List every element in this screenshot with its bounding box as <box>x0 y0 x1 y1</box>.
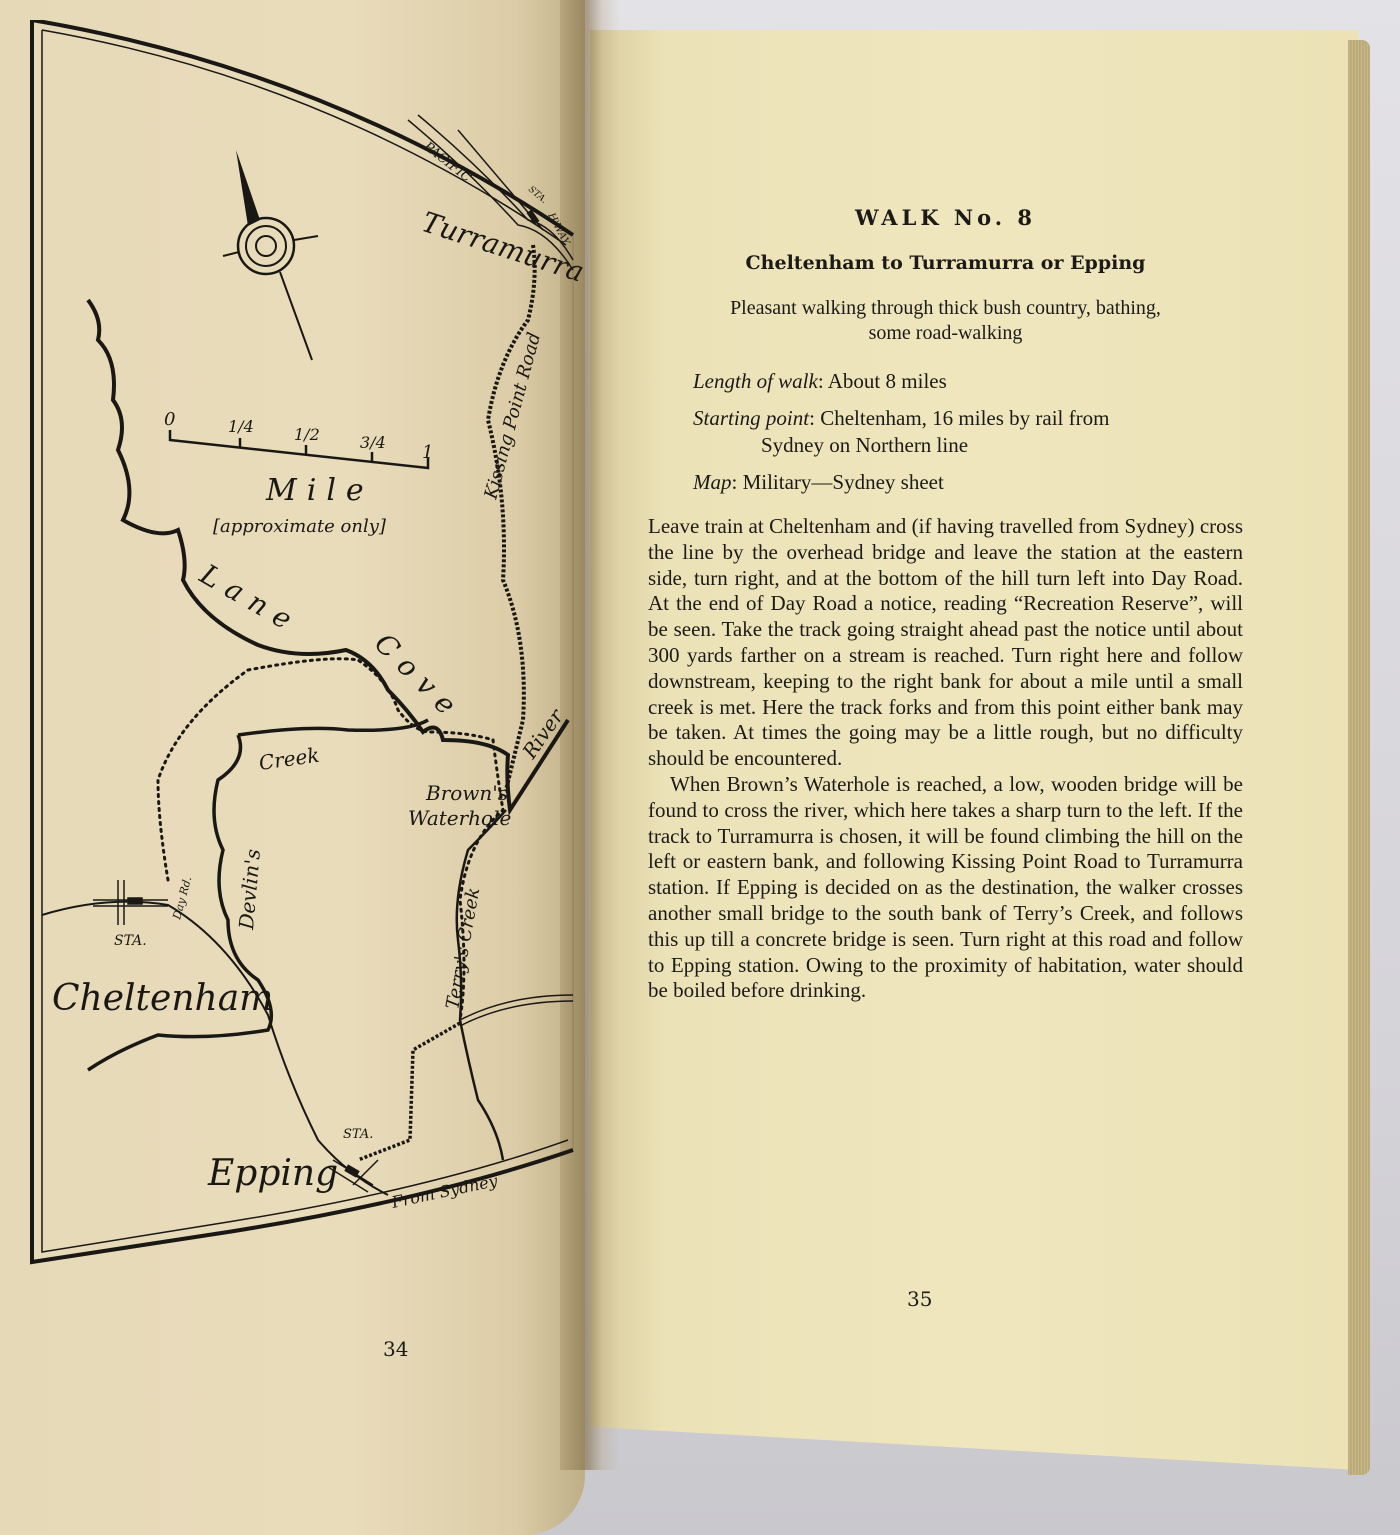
paragraph-2: When Brown’s Waterhole is reached, a low… <box>648 772 1243 1004</box>
map-value: : Military—Sydney sheet <box>732 470 944 494</box>
label-creek: Creek <box>257 743 320 775</box>
label-devlins: Devlin's <box>234 848 265 931</box>
meta-map: Map: Military—Sydney sheet <box>693 469 1243 496</box>
label-browns: Brown's <box>425 781 508 805</box>
meta-start: Starting point: Cheltenham, 16 miles by … <box>693 405 1243 459</box>
walk-body: Leave train at Cheltenham and (if having… <box>648 514 1243 1004</box>
walk-description: WALK No. 8 Cheltenham to Turramurra or E… <box>648 205 1243 1004</box>
kissing-point-road <box>488 245 535 790</box>
walk-subtitle: Cheltenham to Turramurra or Epping <box>648 252 1243 274</box>
length-value: : About 8 miles <box>818 369 947 393</box>
start-value: : Cheltenham, 16 miles by rail from <box>809 406 1109 430</box>
tagline-line-2: some road-walking <box>648 321 1243 346</box>
start-value-cont: Sydney on Northern line <box>693 432 1243 459</box>
scale-quarter: 1/4 <box>228 417 254 436</box>
map-border <box>32 20 573 1262</box>
label-sta-epping: STA. <box>343 1127 373 1142</box>
walk-map: PACIFIC H'WAY STA. Turramurra Kissing Po… <box>28 20 583 1265</box>
label-lane: Lane <box>194 557 307 641</box>
map-label: Map <box>693 470 732 494</box>
label-cove: Cove <box>368 627 470 729</box>
railway <box>42 902 388 1195</box>
scale-half: 1/2 <box>294 425 320 444</box>
page-number-right: 35 <box>907 1287 932 1311</box>
scale-note: [approximate only] <box>213 516 387 537</box>
walk-tagline: Pleasant walking through thick bush coun… <box>648 296 1243 346</box>
walk-meta: Length of walk: About 8 miles Starting p… <box>693 368 1243 496</box>
lane-cove-river <box>88 300 568 810</box>
label-sta-cheltenham: STA. <box>114 933 147 949</box>
scale-three-quarter: 3/4 <box>360 433 386 452</box>
page-number-left: 34 <box>383 1337 408 1361</box>
label-terrys-creek: Terry's Creek <box>442 886 484 1011</box>
tagline-line-1: Pleasant walking through thick bush coun… <box>648 296 1243 321</box>
label-pacific: PACIFIC <box>420 139 474 186</box>
length-label: Length of walk <box>693 369 818 393</box>
meta-length: Length of walk: About 8 miles <box>693 368 1243 395</box>
label-waterhole: Waterhole <box>408 806 511 830</box>
start-label: Starting point <box>693 406 809 430</box>
scale-0: 0 <box>164 409 175 430</box>
compass-icon <box>223 150 318 360</box>
map-drawing: PACIFIC H'WAY STA. Turramurra Kissing Po… <box>28 20 588 1270</box>
walk-title: WALK No. 8 <box>648 205 1243 230</box>
label-day-rd: Day Rd. <box>170 875 194 922</box>
page-edges <box>1348 40 1370 1475</box>
paragraph-1: Leave train at Cheltenham and (if having… <box>648 514 1243 772</box>
scale-unit: Mile <box>265 473 374 508</box>
scale-1: 1 <box>422 442 433 463</box>
label-turramurra: Turramurra <box>418 205 588 288</box>
label-cheltenham: Cheltenham <box>52 978 273 1019</box>
label-sta-turramurra: STA. <box>526 185 549 206</box>
label-epping: Epping <box>207 1153 338 1194</box>
